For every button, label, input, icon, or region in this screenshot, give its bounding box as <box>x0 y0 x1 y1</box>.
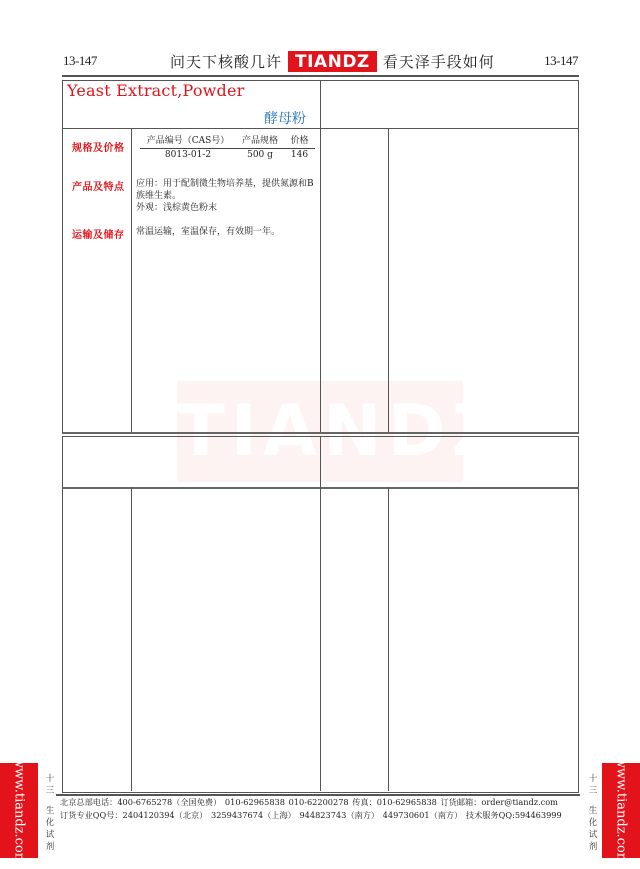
category-char: 生 <box>587 805 599 817</box>
column-divider-label-bottom <box>131 487 132 791</box>
footer-divider <box>56 794 580 796</box>
column-header-size: 产品规格 <box>236 135 284 148</box>
feature-appearance: 外观：浅棕黄色粉末 <box>136 202 316 214</box>
category-char: 化 <box>587 817 599 829</box>
column-divider-center-bottom <box>320 487 321 791</box>
category-char: 试 <box>587 829 599 841</box>
chapter-marker-right: 十三 生 化 试 剂 <box>587 773 599 853</box>
header-banner: 问天下核酸几许 TIANDZ 看天泽手段如何 <box>170 50 480 72</box>
category-char: 试 <box>44 829 56 841</box>
chapter-number-right: 十三 <box>587 773 599 797</box>
footer-contact-phone: 北京总部电话：400-6765278（全国免费） 010-62965838 01… <box>60 797 558 808</box>
spec-table: 产品编号（CAS号） 产品规格 价格 8013-01-2 500 g 146 <box>140 135 315 162</box>
category-char: 剂 <box>587 841 599 853</box>
table-row: 8013-01-2 500 g 146 <box>140 149 315 162</box>
footer-contact-qq: 订货专业QQ号：2404120394（北京） 3259437674（上海） 94… <box>60 810 562 821</box>
column-divider-right-label <box>388 128 389 432</box>
column-divider-label <box>131 128 132 432</box>
category-char: 化 <box>44 817 56 829</box>
chapter-marker-left: 十三 生 化 试 剂 <box>44 773 56 853</box>
column-divider-right-label-bottom <box>388 487 389 791</box>
spec-price-label: 规格及价格 <box>72 139 125 154</box>
side-strip-left: www.tiandz.com <box>0 763 38 858</box>
product-name-en: Yeast Extract,Powder <box>67 81 245 100</box>
category-char: 剂 <box>44 841 56 853</box>
tiandz-logo: TIANDZ <box>288 51 377 72</box>
header-divider <box>62 75 579 77</box>
side-strip-right: www.tiandz.com <box>602 763 640 858</box>
page-number-left: 13-147 <box>63 53 97 69</box>
website-url-right[interactable]: www.tiandz.com <box>614 756 629 864</box>
cell-size: 500 g <box>236 149 284 162</box>
feature-label: 产品及特点 <box>72 178 125 193</box>
storage-label: 运输及储存 <box>72 226 125 241</box>
category-char: 生 <box>44 805 56 817</box>
cell-cas: 8013-01-2 <box>140 149 236 162</box>
website-url-left[interactable]: www.tiandz.com <box>12 756 27 864</box>
page-number-right: 13-147 <box>544 53 578 69</box>
storage-text: 常温运输，室温保存，有效期一年。 <box>136 226 316 238</box>
product-name-cn: 酵母粉 <box>264 108 306 128</box>
feature-application: 应用：用于配制微生物培养基，提供氮源和B族维生素。 <box>136 178 316 202</box>
column-header-cas: 产品编号（CAS号） <box>140 135 236 148</box>
column-header-price: 价格 <box>284 135 315 148</box>
column-divider-center <box>320 80 321 432</box>
slogan-right: 看天泽手段如何 <box>383 51 495 72</box>
spec-table-header: 产品编号（CAS号） 产品规格 价格 <box>140 135 315 149</box>
slogan-left: 问天下核酸几许 <box>170 51 282 72</box>
chapter-number-left: 十三 <box>44 773 56 797</box>
cell-price: 146 <box>284 149 315 162</box>
column-divider-mid <box>320 436 321 487</box>
